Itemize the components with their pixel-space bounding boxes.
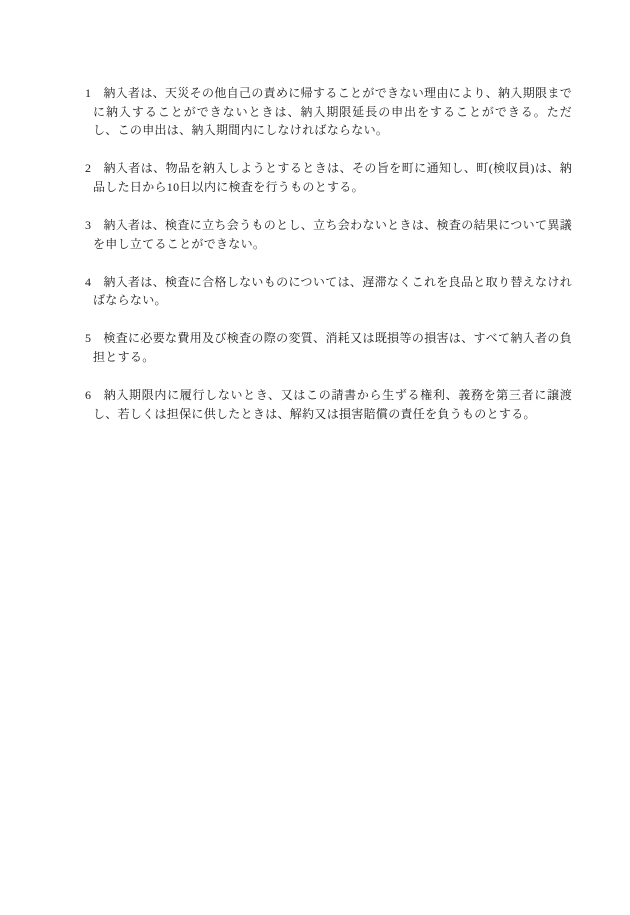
clause-2-number: 2 xyxy=(85,161,91,175)
clause-4-number: 4 xyxy=(85,275,91,289)
clause-1: 1納入者は、天災その他自己の責めに帰することができない理由により、納入期限までに… xyxy=(85,84,572,140)
clause-2: 2納入者は、物品を納入しようとするときは、その旨を町に通知し、町(検収員)は、納… xyxy=(85,159,572,196)
clause-3-number: 3 xyxy=(85,218,91,232)
clause-1-text: 納入者は、天災その他自己の責めに帰することができない理由により、納入期限までに納… xyxy=(93,86,572,137)
clause-6: 6納入期限内に履行しないとき、又はこの請書から生ずる権利、義務を第三者に譲渡し、… xyxy=(85,386,572,423)
clause-1-number: 1 xyxy=(85,86,91,100)
clause-5-number: 5 xyxy=(85,331,91,345)
clause-6-text: 納入期限内に履行しないとき、又はこの請書から生ずる権利、義務を第三者に譲渡し、若… xyxy=(93,388,572,421)
clause-list: 1納入者は、天災その他自己の責めに帰することができない理由により、納入期限までに… xyxy=(85,84,572,423)
clause-4-text: 納入者は、検査に合格しないものについては、遅滞なくこれを良品と取り替えなければな… xyxy=(93,275,572,308)
clause-3: 3納入者は、検査に立ち会うものとし、立ち会わないときは、検査の結果について異議を… xyxy=(85,216,572,253)
clause-4: 4納入者は、検査に合格しないものについては、遅滞なくこれを良品と取り替えなければ… xyxy=(85,273,572,310)
clause-3-text: 納入者は、検査に立ち会うものとし、立ち会わないときは、検査の結果について異議を申… xyxy=(93,218,572,251)
clause-5: 5検査に必要な費用及び検査の際の変質、消耗又は既損等の損害は、すべて納入者の負担… xyxy=(85,329,572,366)
clause-2-text: 納入者は、物品を納入しようとするときは、その旨を町に通知し、町(検収員)は、納品… xyxy=(93,161,572,194)
clause-6-number: 6 xyxy=(85,388,91,402)
clause-5-text: 検査に必要な費用及び検査の際の変質、消耗又は既損等の損害は、すべて納入者の負担と… xyxy=(93,331,572,364)
document-page: 1納入者は、天災その他自己の責めに帰することができない理由により、納入期限までに… xyxy=(0,0,630,915)
